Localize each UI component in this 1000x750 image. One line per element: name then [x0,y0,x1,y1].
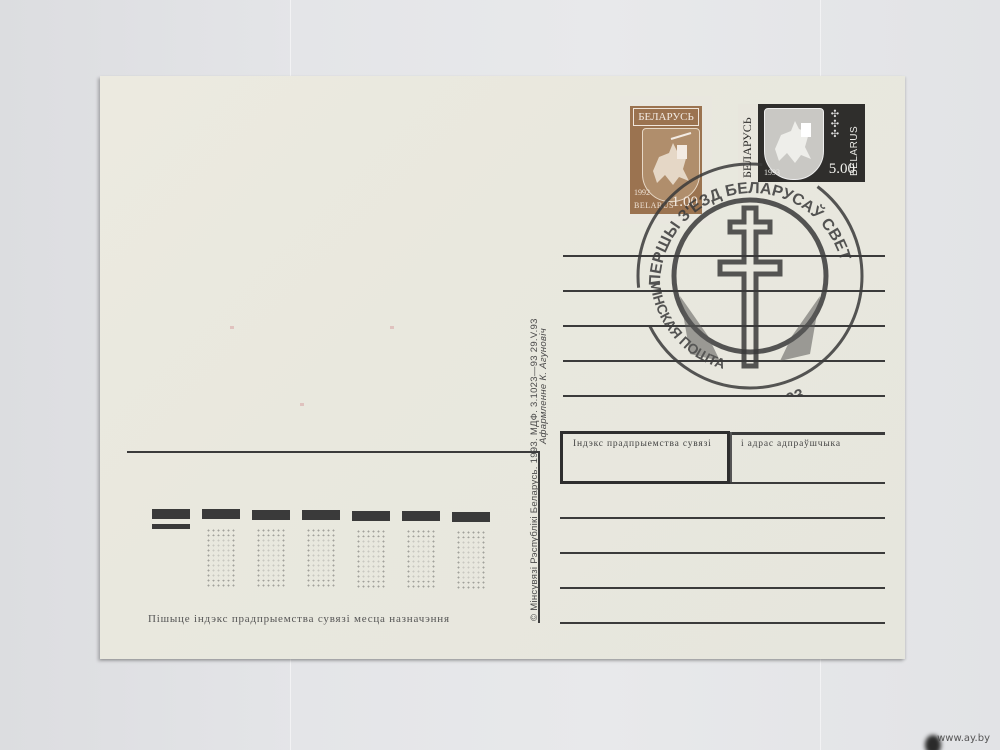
watermark: www.ay.by [937,733,990,744]
address-line [563,255,885,257]
postal-code-digit-box[interactable] [356,529,386,589]
paper-speck [390,326,394,329]
paper-speck [300,403,304,406]
postal-code-digit-box[interactable] [256,528,286,588]
cross-icon [720,208,780,366]
code-bar [452,512,490,522]
stamp-year: 1993 [764,168,780,177]
divider [730,432,732,484]
code-bar [152,509,190,519]
stamp-value: 5.00 [829,161,855,178]
address-line [563,360,885,362]
stamp-printed: БЕЛАРУСЬ ✣✣✣ BELARUS 1993 5.00 [740,104,865,182]
postcard: БЕЛАРУСЬ 1992 BELARUS 1.00 БЕЛАРУСЬ ✣✣✣ … [100,76,905,659]
address-line [730,432,885,435]
address-line [560,517,885,519]
imprint-line-1: Афармленне К. Агуновіч [538,328,549,444]
postal-code-digit-box[interactable] [406,529,436,589]
postal-code-hint: Пішыце індэкс прадпрыемства сувязі месца… [148,613,450,625]
address-line [560,552,885,554]
postal-code-digit-box[interactable] [456,530,486,590]
stamp-title: БЕЛАРУСЬ [633,108,699,126]
coat-of-arms-icon [642,128,700,202]
address-line [730,482,885,484]
stamp-adhesive: БЕЛАРУСЬ 1992 BELARUS 1.00 [620,96,712,224]
address-line [563,325,885,327]
code-bar [302,510,340,520]
recipient-address-label: і адрас адпраўшчыка [741,439,841,449]
code-bar [402,511,440,521]
stamp-year: 1992 [634,188,650,197]
postal-code-digit-box[interactable] [206,528,236,588]
divider-line [127,451,539,453]
recipient-index-label: Індэкс прадпрыемства сувязі [573,439,712,449]
code-bar [202,509,240,519]
address-line [563,290,885,292]
stamp-title: БЕЛАРУСЬ [740,117,755,178]
hands-icon [680,296,820,361]
address-line [560,622,885,624]
postal-code-digit-box[interactable] [306,528,336,588]
stamp-country: BELARUS [634,201,674,210]
ornament-icon: ✣✣✣ [828,110,842,152]
code-bar [152,524,190,529]
address-line [563,395,885,397]
address-line [560,587,885,589]
stamp-value: 1.00 [672,194,698,211]
code-bar [352,511,390,521]
paper-speck [230,326,234,329]
code-bar [252,510,290,520]
